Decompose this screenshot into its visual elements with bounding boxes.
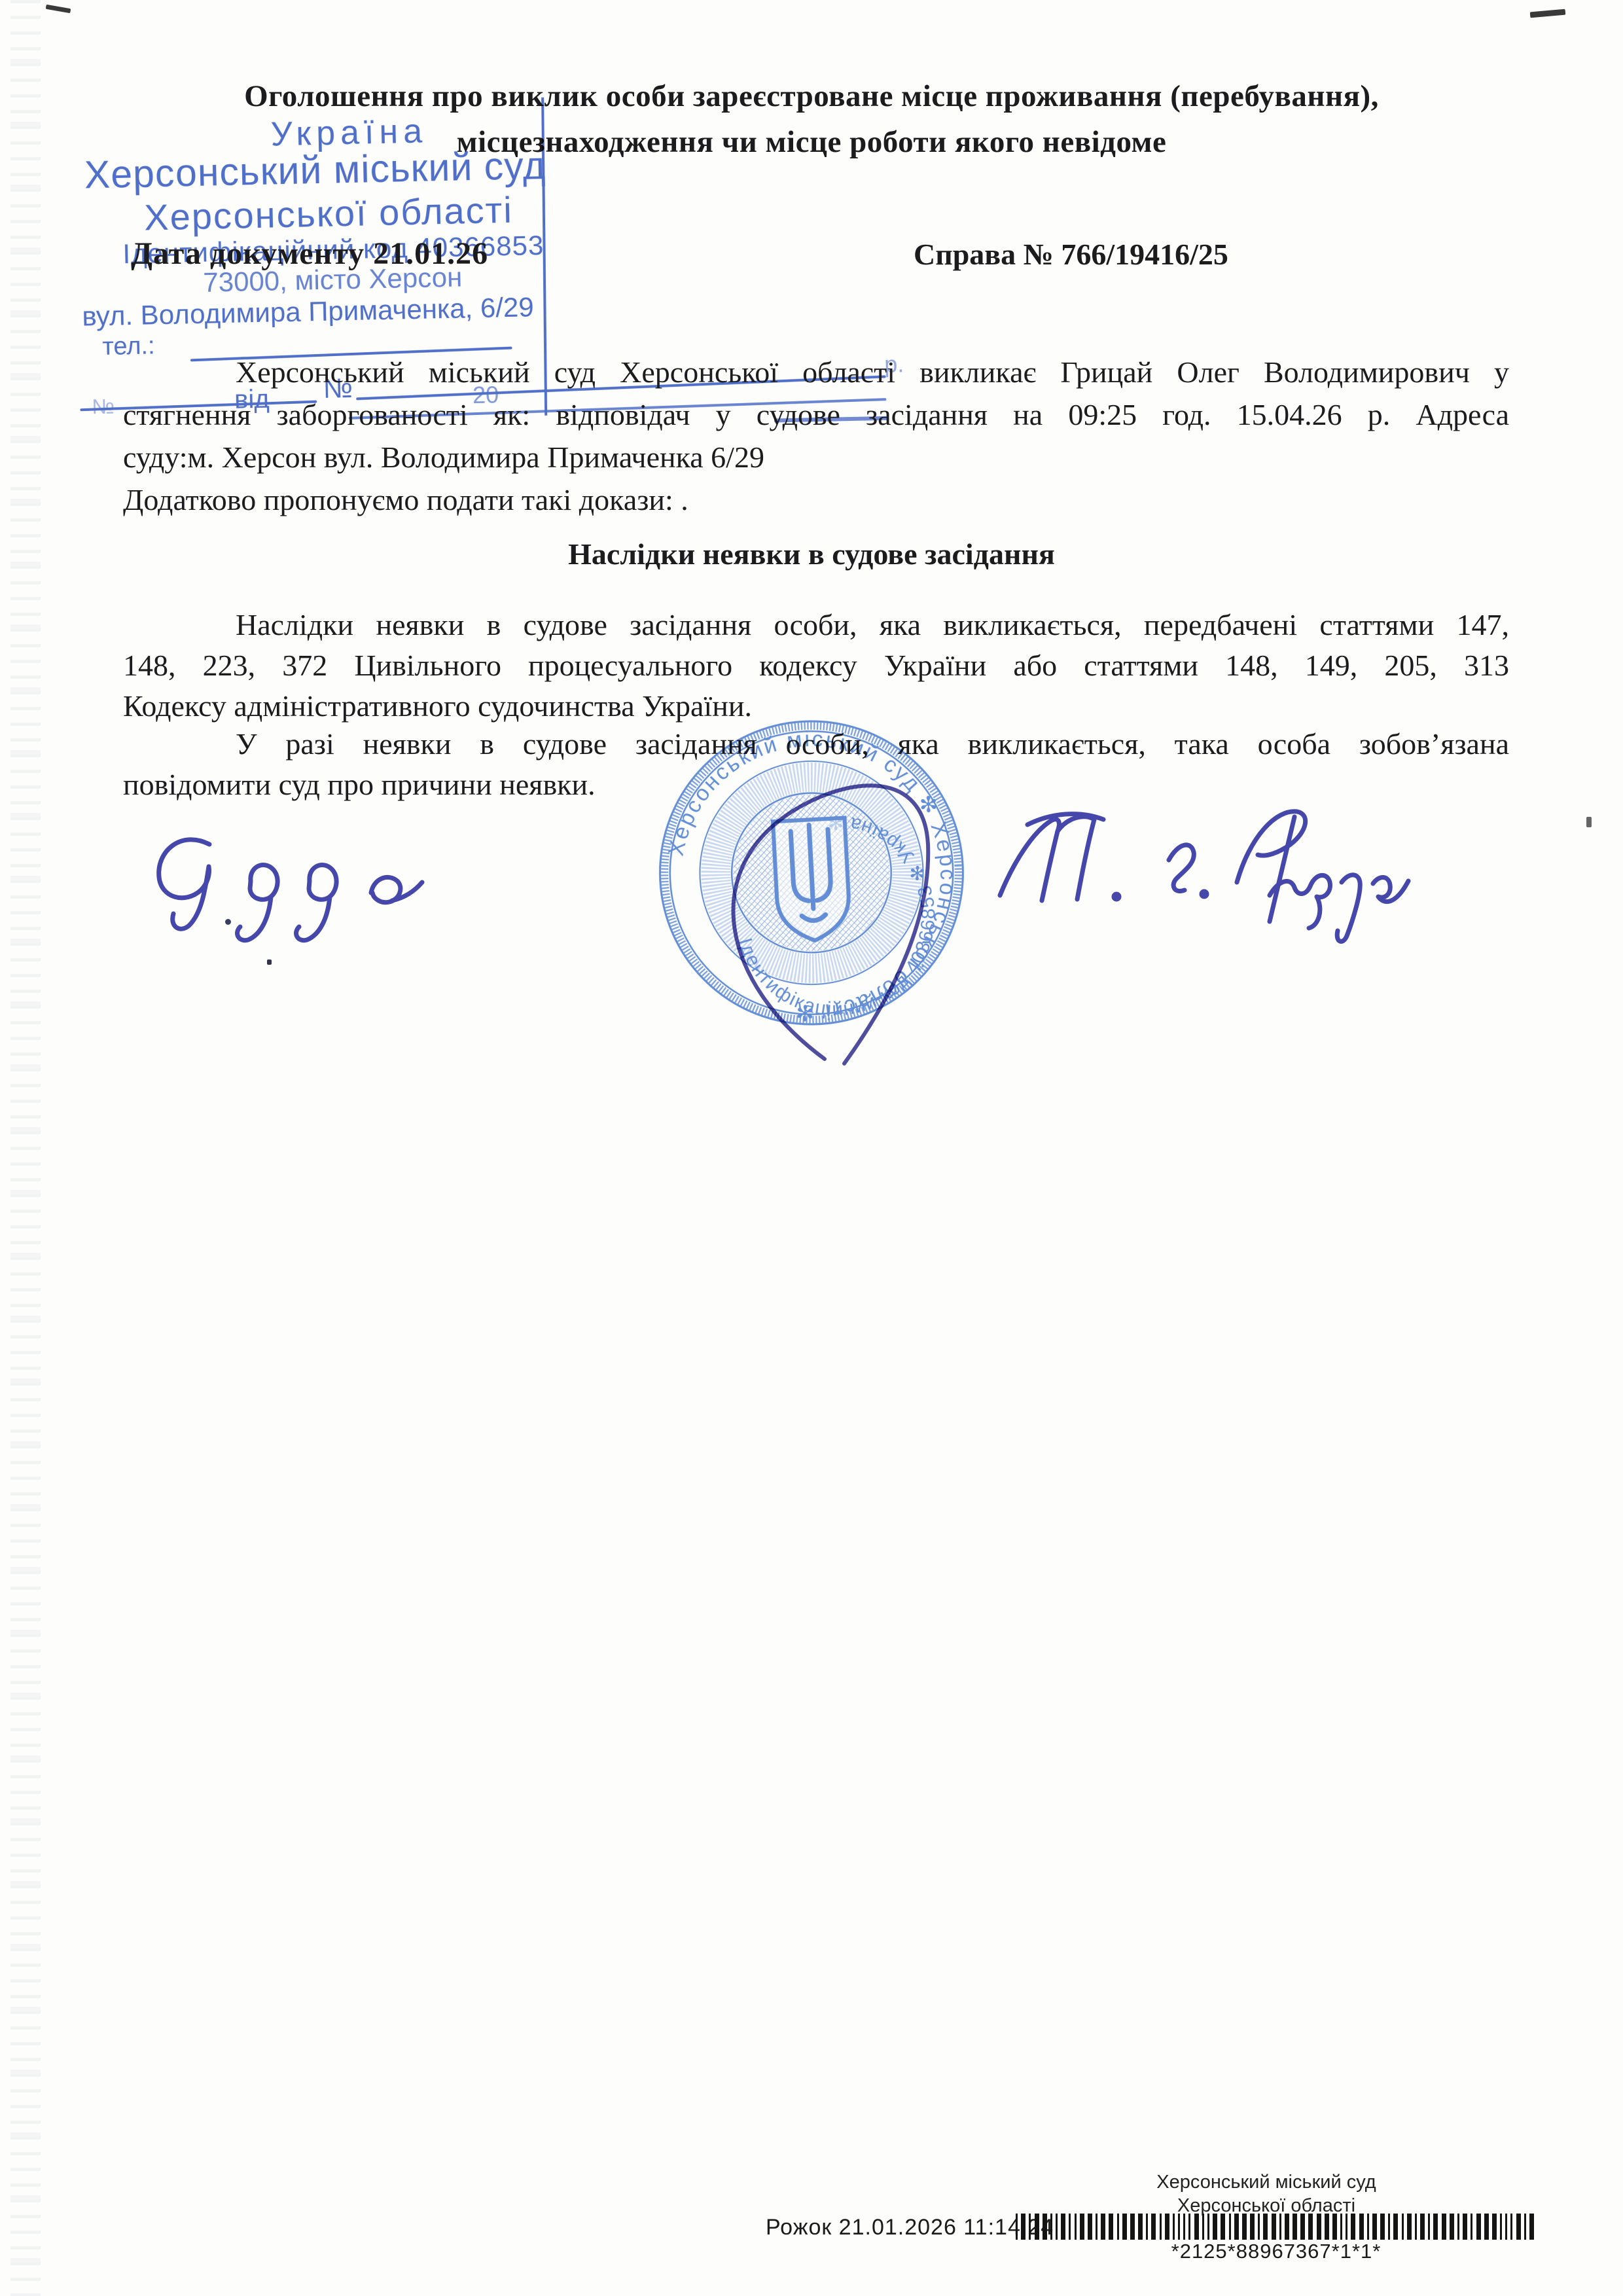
stamp-ref-number-label: № <box>92 395 115 420</box>
scanned-court-document: Оголошення про виклик особи зареєстрован… <box>0 0 1623 2296</box>
consequences-line: Наслідки неявки в судове засідання особи… <box>123 605 1509 645</box>
date-value: 21.01.26 <box>373 236 488 271</box>
case-number-line: Справа № 766/19416/25 <box>914 237 1228 272</box>
summons-paragraph: Херсонський міський суд Херсонської обла… <box>123 351 1509 521</box>
footer-court-name: Херсонський міський суд Херсонської обла… <box>1070 2170 1463 2217</box>
barcode <box>1016 2214 1534 2240</box>
judge-signature <box>988 797 1414 954</box>
case-value: 766/19416/25 <box>1061 238 1228 271</box>
judge-handwritten-label <box>141 830 481 980</box>
scan-artifact <box>1586 817 1592 827</box>
summons-line: суду:м. Херсон вул. Володимира Примаченк… <box>123 436 1509 478</box>
section-heading: Наслідки неявки в судове засідання <box>79 537 1544 571</box>
print-info: Рожок 21.01.2026 11:14:24 <box>766 2215 1054 2240</box>
scanner-edge-noise <box>10 0 41 2296</box>
case-label: Справа № <box>914 238 1054 271</box>
document-date-line: Дата документу 21.01.26 <box>131 236 488 272</box>
scan-artifact <box>46 5 71 13</box>
summons-line: стягнення заборгованості як: відповідач … <box>123 393 1509 436</box>
scan-artifact <box>1530 9 1566 18</box>
pen-stroke-over-seal <box>628 707 995 1086</box>
footer-court-line1: Херсонський міський суд <box>1070 2170 1463 2194</box>
evidence-request-line: Додатково пропонуємо подати такі докази:… <box>123 478 1509 521</box>
stamp-address-street: вул. Володимира Примаченка, 6/29 <box>82 291 534 332</box>
date-label: Дата документу <box>131 236 365 271</box>
summons-line: Херсонський міський суд Херсонської обла… <box>123 351 1509 393</box>
barcode-caption: *2125*88967367*1*1* <box>1106 2240 1446 2263</box>
consequences-line: 148, 223, 372 Цивільного процесуального … <box>123 645 1509 686</box>
